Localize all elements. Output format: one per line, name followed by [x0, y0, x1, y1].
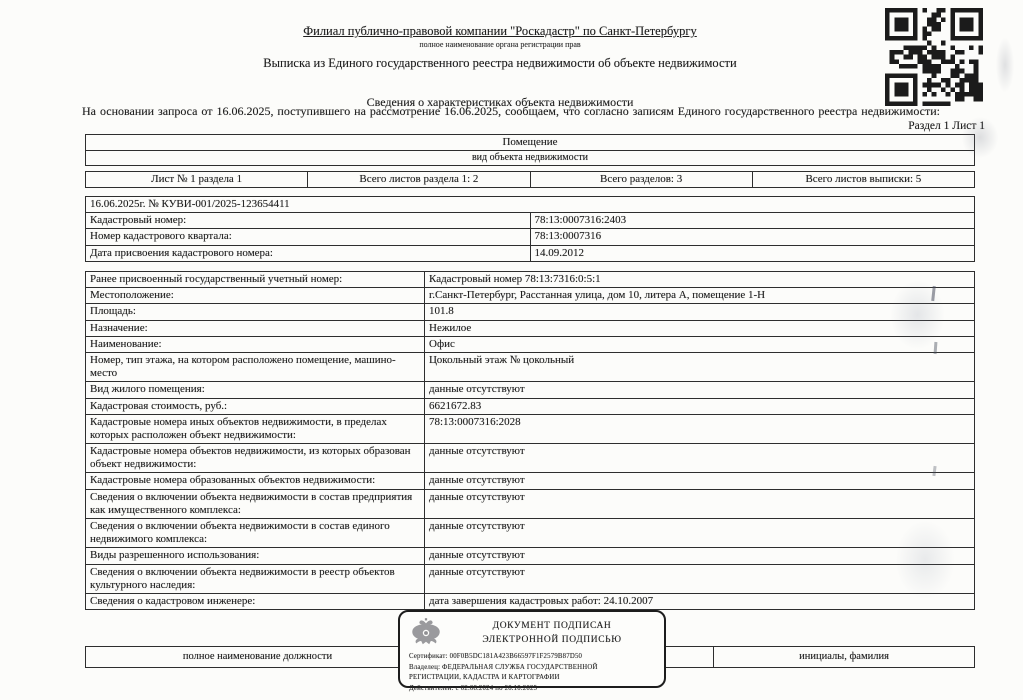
- table-row: Кадастровые номера объектов недвижимости…: [86, 444, 975, 473]
- object-type-table: Помещение вид объекта недвижимости: [85, 134, 975, 166]
- table-row: Номер кадастрового квартала: 78:13:00073…: [86, 229, 975, 245]
- row-label: Местоположение:: [86, 288, 425, 304]
- object-type-block: Помещение вид объекта недвижимости Лист …: [85, 134, 975, 188]
- org-name: Филиал публично-правовой компании "Роска…: [0, 24, 1000, 39]
- table-row: Назначение: Нежилое: [86, 320, 975, 336]
- table-row: 16.06.2025г. № КУВИ-001/2025-123654411: [86, 197, 975, 213]
- row-label: Кадастровая стоимость, руб.:: [86, 398, 425, 414]
- row-value: данные отсутствуют: [425, 382, 975, 398]
- sheet-cell: Лист № 1 раздела 1: [86, 172, 308, 188]
- details-table: Ранее присвоенный государственный учетны…: [85, 271, 975, 610]
- details-rows: Ранее присвоенный государственный учетны…: [86, 272, 975, 610]
- sheet-cell: Всего листов выписки: 5: [752, 172, 974, 188]
- row-label: Виды разрешенного использования:: [86, 548, 425, 564]
- request-table: 16.06.2025г. № КУВИ-001/2025-123654411 К…: [85, 196, 975, 262]
- row-value: данные отсутствуют: [425, 444, 975, 473]
- stamp-certificate: Сертификат: 00F0B5DC181A423B66597F1F2579…: [409, 652, 655, 663]
- row-value: данные отсутствуют: [425, 548, 975, 564]
- table-row: Ранее присвоенный государственный учетны…: [86, 272, 975, 288]
- stamp-owner: Владелец: ФЕДЕРАЛЬНАЯ СЛУЖБА ГОСУДАРСТВЕ…: [409, 663, 655, 674]
- table-row: Площадь: 101.8: [86, 304, 975, 320]
- section-sheet-label: Раздел 1 Лист 1: [908, 120, 985, 132]
- row-value: данные отсутствуют: [425, 489, 975, 518]
- stamp-title: ДОКУМЕНТ ПОДПИСАН ЭЛЕКТРОННОЙ ПОДПИСЬЮ: [449, 619, 655, 648]
- request-block: 16.06.2025г. № КУВИ-001/2025-123654411 К…: [85, 196, 975, 262]
- row-label: Наименование:: [86, 336, 425, 352]
- position-caption: полное наименование должности: [86, 647, 430, 668]
- row-label: Сведения о включении объекта недвижимост…: [86, 519, 425, 548]
- row-value: Кадастровый номер 78:13:7316:0:5:1: [425, 272, 975, 288]
- row-label: Сведения о включении объекта недвижимост…: [86, 489, 425, 518]
- name-caption: инициалы, фамилия: [714, 647, 975, 668]
- basis-statement: На основании запроса от 16.06.2025, пост…: [82, 104, 940, 119]
- document-title: Выписка из Единого государственного реес…: [0, 56, 1000, 71]
- row-label: Назначение:: [86, 320, 425, 336]
- row-value: данные отсутствуют: [425, 473, 975, 489]
- table-row: вид объекта недвижимости: [86, 151, 975, 166]
- row-label: Номер кадастрового квартала:: [86, 229, 531, 245]
- document-header: Филиал публично-правовой компании "Роска…: [0, 24, 1000, 110]
- table-row: Сведения о включении объекта недвижимост…: [86, 519, 975, 548]
- table-row: Кадастровая стоимость, руб.: 6621672.83: [86, 398, 975, 414]
- details-block: Ранее присвоенный государственный учетны…: [85, 271, 975, 610]
- stamp-owner2: РЕГИСТРАЦИИ, КАДАСТРА И КАРТОГРАФИИ: [409, 673, 655, 684]
- row-label: Сведения о включении объекта недвижимост…: [86, 564, 425, 593]
- table-row: Наименование: Офис: [86, 336, 975, 352]
- row-label: Дата присвоения кадастрового номера:: [86, 245, 531, 261]
- stamp-validity: Действителен: с 02.08.2024 по 26.10.2025: [409, 684, 655, 695]
- row-value: г.Санкт-Петербург, Расстанная улица, дом…: [425, 288, 975, 304]
- stamp-line1: ДОКУМЕНТ ПОДПИСАН: [449, 619, 655, 633]
- table-row: Вид жилого помещения: данные отсутствуют: [86, 382, 975, 398]
- row-value: 14.09.2012: [530, 245, 975, 261]
- row-label: Сведения о кадастровом инженере:: [86, 593, 425, 609]
- object-type-value: Помещение: [86, 135, 975, 151]
- table-row: Сведения о включении объекта недвижимост…: [86, 564, 975, 593]
- row-label: Кадастровые номера иных объектов недвижи…: [86, 414, 425, 443]
- row-label: Площадь:: [86, 304, 425, 320]
- row-value: данные отсутствуют: [425, 519, 975, 548]
- row-value: 6621672.83: [425, 398, 975, 414]
- row-label: Вид жилого помещения:: [86, 382, 425, 398]
- document-page: Филиал публично-правовой компании "Роска…: [0, 0, 1023, 700]
- table-row: Кадастровый номер: 78:13:0007316:2403: [86, 213, 975, 229]
- row-value: 78:13:0007316:2028: [425, 414, 975, 443]
- row-value: дата завершения кадастровых работ: 24.10…: [425, 593, 975, 609]
- row-value: 78:13:0007316:2403: [530, 213, 975, 229]
- table-row: Дата присвоения кадастрового номера: 14.…: [86, 245, 975, 261]
- sheet-cell: Всего листов раздела 1: 2: [308, 172, 530, 188]
- object-type-caption: вид объекта недвижимости: [86, 151, 975, 166]
- row-label: Кадастровые номера объектов недвижимости…: [86, 444, 425, 473]
- sheets-table: Лист № 1 раздела 1 Всего листов раздела …: [85, 171, 975, 188]
- request-number: 16.06.2025г. № КУВИ-001/2025-123654411: [86, 197, 975, 213]
- row-value: Цокольный этаж № цокольный: [425, 352, 975, 381]
- row-label: Кадастровые номера образованных объектов…: [86, 473, 425, 489]
- row-value: Офис: [425, 336, 975, 352]
- table-row: Помещение: [86, 135, 975, 151]
- row-label: Ранее присвоенный государственный учетны…: [86, 272, 425, 288]
- row-value: 101.8: [425, 304, 975, 320]
- row-value: 78:13:0007316: [530, 229, 975, 245]
- table-row: Сведения о кадастровом инженере: дата за…: [86, 593, 975, 609]
- row-label: Номер, тип этажа, на котором расположено…: [86, 352, 425, 381]
- table-row: Номер, тип этажа, на котором расположено…: [86, 352, 975, 381]
- sheet-cell: Всего разделов: 3: [530, 172, 752, 188]
- table-row: Лист № 1 раздела 1 Всего листов раздела …: [86, 172, 975, 188]
- table-row: Виды разрешенного использования: данные …: [86, 548, 975, 564]
- table-row: Сведения о включении объекта недвижимост…: [86, 489, 975, 518]
- row-label: Кадастровый номер:: [86, 213, 531, 229]
- eagle-emblem-icon: [409, 617, 443, 649]
- org-name-caption: полное наименование органа регистрации п…: [0, 40, 1000, 49]
- electronic-signature-stamp: ДОКУМЕНТ ПОДПИСАН ЭЛЕКТРОННОЙ ПОДПИСЬЮ С…: [398, 610, 666, 688]
- stamp-line2: ЭЛЕКТРОННОЙ ПОДПИСЬЮ: [449, 633, 655, 647]
- table-row: Кадастровые номера иных объектов недвижи…: [86, 414, 975, 443]
- table-row: Местоположение: г.Санкт-Петербург, Расст…: [86, 288, 975, 304]
- row-value: Нежилое: [425, 320, 975, 336]
- row-value: данные отсутствуют: [425, 564, 975, 593]
- qr-code: [885, 8, 983, 106]
- request-rows: Кадастровый номер: 78:13:0007316:2403 Но…: [86, 213, 975, 262]
- table-row: Кадастровые номера образованных объектов…: [86, 473, 975, 489]
